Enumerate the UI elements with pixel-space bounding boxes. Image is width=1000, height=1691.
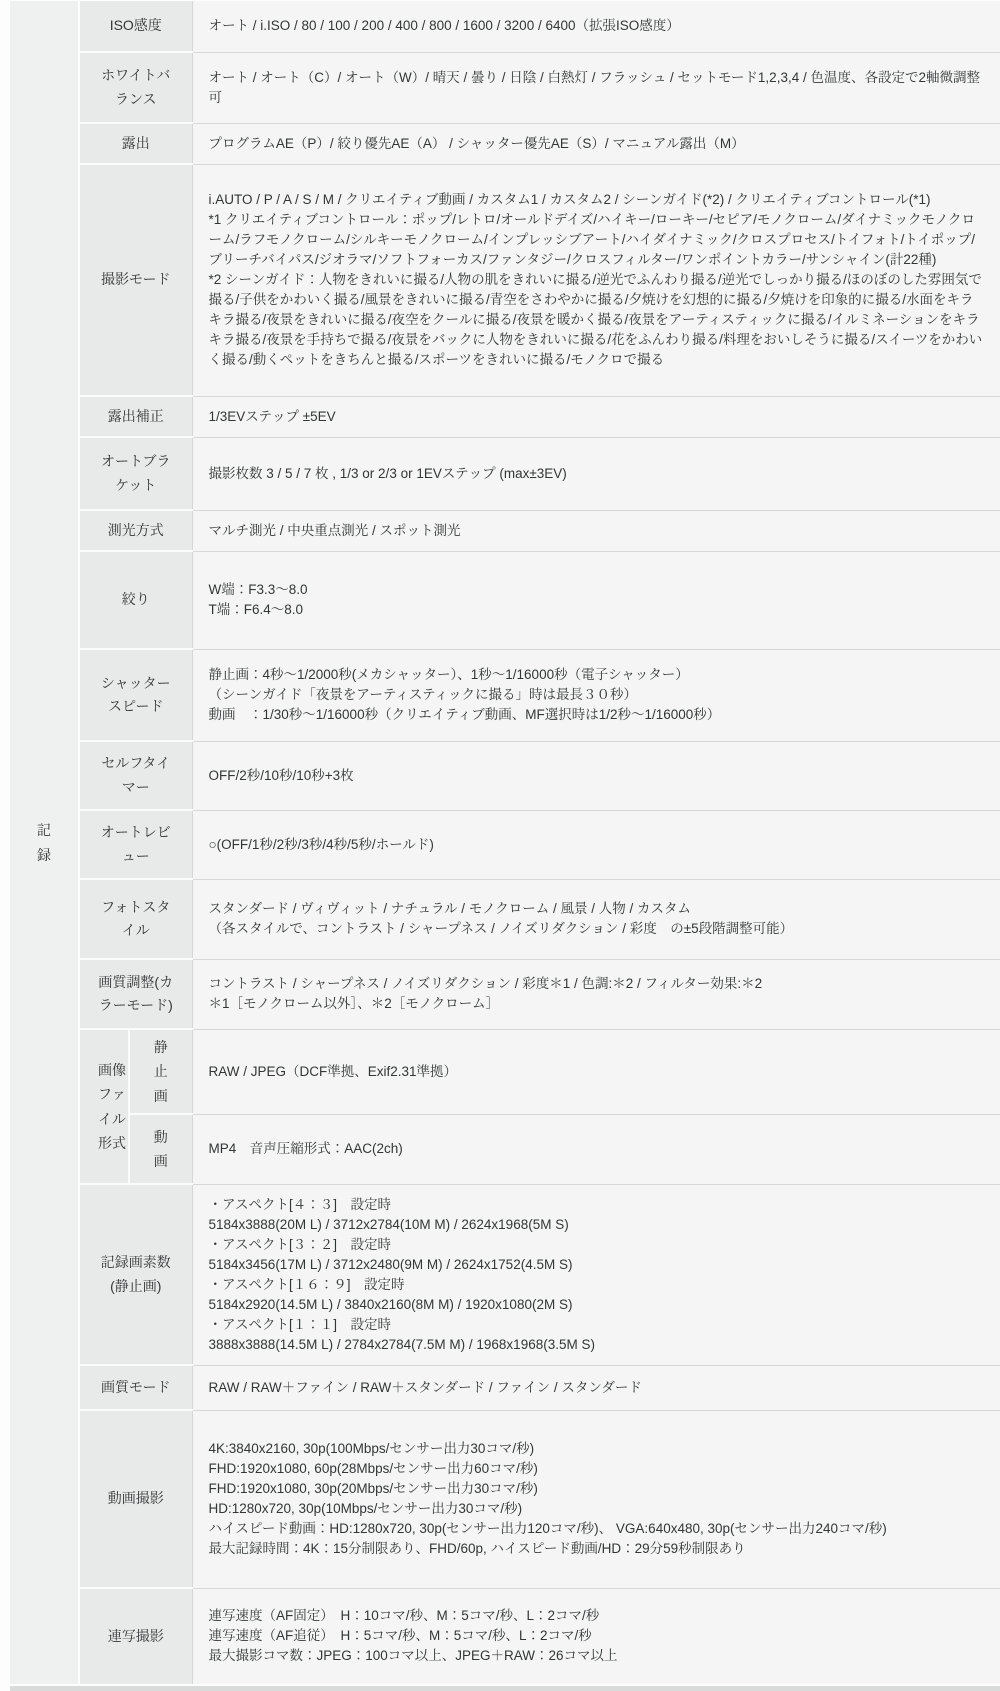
row-value-photo-style: スタンダード / ヴィヴィット / ナチュラル / モノクローム / 風景 / … (192, 879, 1000, 959)
recording-spec-table: 記録 ISO感度 オート / i.ISO / 80 / 100 / 200 / … (10, 1, 1000, 1684)
row-label-white-balance: ホワイトバランス (79, 52, 192, 123)
row-value-aperture: W端：F3.3～8.0 T端：F6.4～8.0 (192, 551, 1000, 649)
row-label-auto-bracket: オートブラケット (79, 437, 192, 510)
row-value-auto-bracket: 撮影枚数 3 / 5 / 7 枚 , 1/3 or 2/3 or 1EVステップ… (192, 437, 1000, 510)
row-value-burst-shooting: 連写速度（AF固定） H：10コマ/秒、M：5コマ/秒、L：2コマ/秒 連写速度… (192, 1588, 1000, 1684)
category-label: 記録 (36, 818, 51, 867)
still-image-label: 静止画 (153, 1035, 168, 1109)
row-label-exposure: 露出 (79, 123, 192, 164)
row-label-recording-pixels: 記録画素数(静止画) (79, 1184, 192, 1365)
row-value-quality-mode: RAW / RAW＋ファイン / RAW＋スタンダード / ファイン / スタン… (192, 1365, 1000, 1410)
row-value-shutter-speed: 静止画：4秒～1/2000秒(メカシャッター）、1秒～1/16000秒（電子シャ… (192, 649, 1000, 741)
row-label-movie-recording: 動画撮影 (79, 1410, 192, 1588)
row-label-aperture: 絞り (79, 551, 192, 649)
row-value-metering: マルチ測光 / 中央重点測光 / スポット測光 (192, 510, 1000, 551)
row-value-exposure-compensation: 1/3EVステップ ±5EV (192, 396, 1000, 437)
row-value-image-quality-adjust: コントラスト / シャープネス / ノイズリダクション / 彩度＊1 / 色調:… (192, 959, 1000, 1029)
spec-page: 記録 ISO感度 オート / i.ISO / 80 / 100 / 200 / … (0, 1, 1000, 1691)
row-value-movie-recording: 4K:3840x2160, 30p(100Mbps/センサー出力30コマ/秒) … (192, 1410, 1000, 1588)
row-label-shutter-speed: シャッタースピード (79, 649, 192, 741)
row-value-self-timer: OFF/2秒/10秒/10秒+3枚 (192, 741, 1000, 810)
row-label-auto-review: オートレビュー (79, 810, 192, 879)
row-label-image-quality-adjust: 画質調整(カラーモード) (79, 959, 192, 1029)
row-label-image-file-format: 画像ファイル形式 (79, 1029, 129, 1184)
row-label-self-timer: セルフタイマー (79, 741, 192, 810)
row-value-recording-pixels: ・アスペクト[４：３] 設定時 5184x3888(20M L) / 3712x… (192, 1184, 1000, 1365)
subrow-label-still-image: 静止画 (129, 1029, 192, 1114)
row-value-white-balance: オート / オート（C）/ オート（W）/ 晴天 / 曇り / 日陰 / 白熱灯… (192, 52, 1000, 123)
next-section-divider (10, 1686, 1000, 1691)
subrow-label-movie: 動画 (129, 1114, 192, 1184)
row-value-still-image-format: RAW / JPEG（DCF準拠、Exif2.31準拠） (192, 1029, 1000, 1114)
row-value-exposure: プログラムAE（P）/ 絞り優先AE（A） / シャッター優先AE（S）/ マニ… (192, 123, 1000, 164)
row-value-auto-review: ○(OFF/1秒/2秒/3秒/4秒/5秒/ホールド) (192, 810, 1000, 879)
row-label-photo-style: フォトスタイル (79, 879, 192, 959)
row-value-iso: オート / i.ISO / 80 / 100 / 200 / 400 / 800… (192, 1, 1000, 52)
row-label-exposure-compensation: 露出補正 (79, 396, 192, 437)
row-label-iso: ISO感度 (79, 1, 192, 52)
row-value-shooting-mode: i.AUTO / P / A / S / M / クリエイティブ動画 / カスタ… (192, 164, 1000, 396)
row-value-movie-format: MP4 音声圧縮形式：AAC(2ch) (192, 1114, 1000, 1184)
category-cell-recording: 記録 (10, 1, 79, 1684)
row-label-metering: 測光方式 (79, 510, 192, 551)
row-label-quality-mode: 画質モード (79, 1365, 192, 1410)
row-label-burst-shooting: 連写撮影 (79, 1588, 192, 1684)
movie-label: 動画 (153, 1125, 168, 1174)
row-label-shooting-mode: 撮影モード (79, 164, 192, 396)
image-file-format-label: 画像ファイル形式 (98, 1058, 127, 1156)
